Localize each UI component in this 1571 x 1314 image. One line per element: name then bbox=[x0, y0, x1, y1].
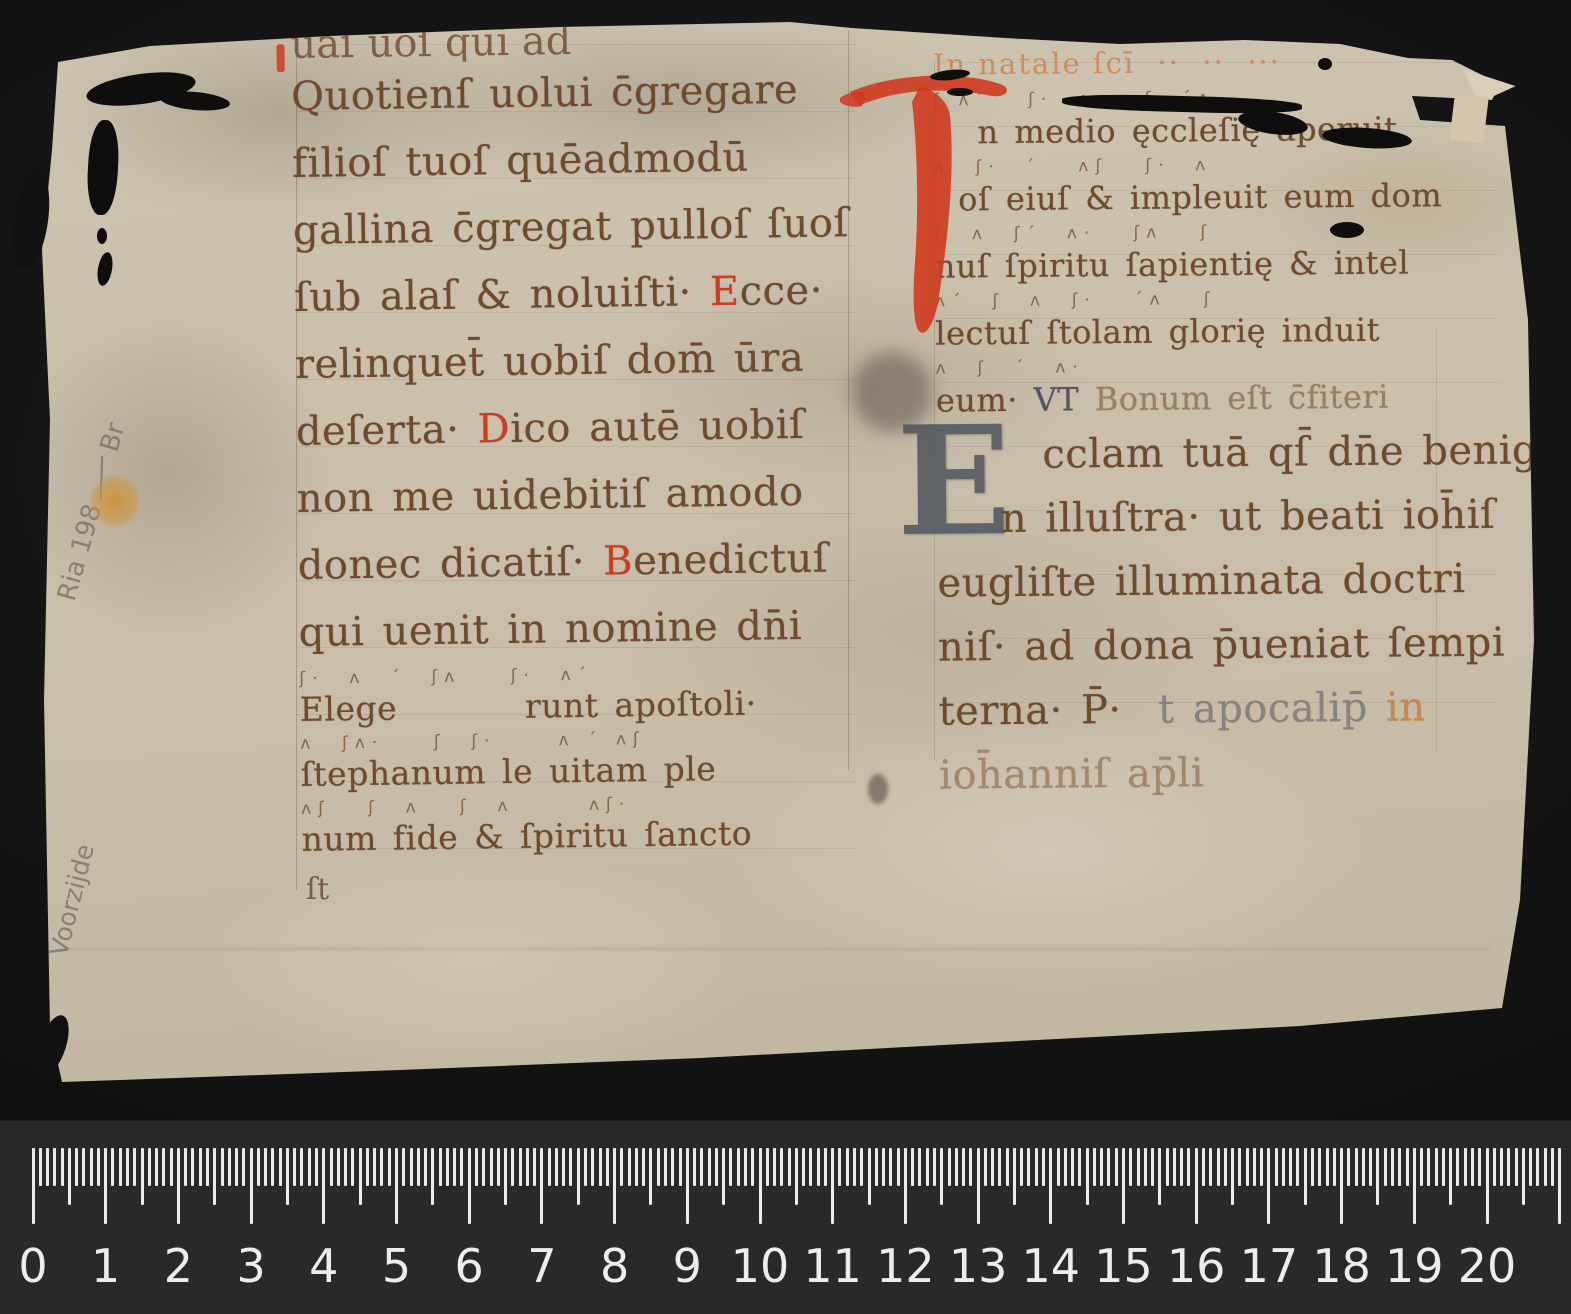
ruler-tick bbox=[1326, 1148, 1329, 1186]
text-segment: Quotienſ uolui c̄gregare bbox=[291, 67, 799, 120]
ruler-tick bbox=[82, 1148, 85, 1186]
manuscript-line: donec dicatiſ· Benedictuſ bbox=[297, 525, 864, 600]
torn-tab bbox=[1449, 94, 1488, 144]
ruler-tick bbox=[1558, 1148, 1561, 1224]
ruler-tick bbox=[838, 1148, 841, 1186]
ruler-tick bbox=[1107, 1148, 1110, 1186]
ruler-tick bbox=[700, 1148, 703, 1186]
ruler-tick bbox=[1529, 1148, 1532, 1186]
ruler-tick bbox=[519, 1148, 522, 1186]
ruler-tick bbox=[1536, 1148, 1539, 1186]
text-segment: qui uenit in nomine dn̄i bbox=[298, 603, 802, 656]
ruler-tick bbox=[751, 1148, 754, 1186]
text-segment: B bbox=[603, 538, 634, 584]
ruler-tick bbox=[1391, 1148, 1394, 1186]
ruler-tick bbox=[1253, 1148, 1256, 1186]
right-column-prayer-lines: cclam tuā qſ̄ dn̄e benign illuſtra· ut b… bbox=[936, 418, 1539, 807]
ruler-tick bbox=[177, 1148, 180, 1224]
ruler-tick bbox=[1420, 1148, 1423, 1186]
ruler-tick bbox=[562, 1148, 565, 1186]
ruler-tick bbox=[868, 1148, 871, 1205]
ruler-number: 17 bbox=[1234, 1239, 1304, 1293]
ruler-tick bbox=[482, 1148, 485, 1186]
parchment-fragment: uaſ uoſ qui ad Quotienſ uolui c̄gregaref… bbox=[0, 0, 1545, 1120]
ruler-tick bbox=[417, 1148, 420, 1186]
text-segment: deſerta· bbox=[296, 406, 478, 455]
line-text: Elege runt apoſtoli· bbox=[299, 680, 866, 732]
ruler-tick bbox=[308, 1148, 311, 1186]
text-segment: donec dicatiſ· bbox=[297, 539, 603, 589]
ruler-tick bbox=[1013, 1148, 1016, 1205]
ruler-tick bbox=[1347, 1148, 1350, 1186]
ruler-tick bbox=[1427, 1148, 1430, 1186]
ruler-tick bbox=[1398, 1148, 1401, 1186]
ruler-tick bbox=[1093, 1148, 1096, 1186]
ruler-tick bbox=[184, 1148, 187, 1186]
left-column-lines: Quotienſ uolui c̄gregarefilioſ tuoſ quēa… bbox=[291, 56, 868, 862]
line-text: deſerta· Dico autē uobiſ bbox=[295, 391, 862, 466]
ruler-tick bbox=[271, 1148, 274, 1186]
ruler-tick bbox=[1166, 1148, 1169, 1186]
ruler-tick bbox=[998, 1148, 1001, 1186]
text-segment: niſ· ad dona p̄ueniat ſempi bbox=[938, 620, 1505, 671]
initial-E: E bbox=[896, 406, 1012, 557]
ruler-tick bbox=[228, 1148, 231, 1186]
ruler-tick bbox=[1544, 1148, 1547, 1186]
ruler-tick bbox=[1078, 1148, 1081, 1186]
gray-smudge bbox=[852, 352, 932, 432]
text-segment: Elege runt apoſtoli· bbox=[299, 684, 756, 729]
ruler-tick bbox=[504, 1148, 507, 1205]
ruler-tick bbox=[1035, 1148, 1038, 1186]
line-text: non me uidebitiſ amodo bbox=[296, 458, 863, 533]
ruler-tick bbox=[1449, 1148, 1452, 1205]
ruler-tick bbox=[1042, 1148, 1045, 1186]
ruler-tick bbox=[53, 1148, 56, 1186]
ruler-tick bbox=[286, 1148, 289, 1205]
ruler-tick bbox=[1384, 1148, 1387, 1186]
ruler-tick bbox=[853, 1148, 856, 1186]
ruler-tick bbox=[744, 1148, 747, 1186]
ink-stain bbox=[1318, 58, 1332, 70]
ruler-tick bbox=[1435, 1148, 1438, 1186]
ruler-tick bbox=[1275, 1148, 1278, 1186]
ruler-number: 13 bbox=[943, 1239, 1013, 1293]
line-text: num fide & ſpiritu ſancto bbox=[301, 810, 868, 862]
ruler-tick bbox=[373, 1148, 376, 1186]
ruler-tick bbox=[90, 1148, 93, 1186]
ruler-number: 19 bbox=[1379, 1239, 1449, 1293]
text-segment: filioſ tuoſ quēadmodū bbox=[292, 135, 749, 187]
ruler-tick bbox=[1522, 1148, 1525, 1205]
ruler-tick bbox=[395, 1148, 398, 1224]
ruler-tick bbox=[1217, 1148, 1220, 1186]
ruler-tick bbox=[679, 1148, 682, 1186]
initial-I-red bbox=[840, 58, 1060, 358]
ruler-tick bbox=[1507, 1148, 1510, 1186]
ruler-tick bbox=[315, 1148, 318, 1186]
ruler-tick bbox=[1006, 1148, 1009, 1186]
ruler-tick bbox=[795, 1148, 798, 1205]
ruler-tick bbox=[1362, 1148, 1365, 1186]
ruler-tick bbox=[1027, 1148, 1030, 1186]
ruler-tick bbox=[773, 1148, 776, 1186]
ruler-tick bbox=[875, 1148, 878, 1186]
ruler-tick bbox=[533, 1148, 536, 1186]
ruler-tick bbox=[32, 1148, 35, 1224]
ruler-tick bbox=[322, 1148, 325, 1224]
ruler-tick bbox=[1020, 1148, 1023, 1186]
ruler-tick bbox=[780, 1148, 783, 1186]
ruler-tick bbox=[1144, 1148, 1147, 1186]
ruler-tick bbox=[977, 1148, 980, 1224]
text-segment: in bbox=[1386, 684, 1426, 730]
pen-trial-mark: ſt bbox=[306, 872, 329, 907]
ruler-number: 6 bbox=[434, 1239, 504, 1293]
ruler-number: 2 bbox=[143, 1239, 213, 1293]
ruler-tick bbox=[1515, 1148, 1518, 1186]
text-segment: relinquet̄ uobiſ dom̄ ūra bbox=[295, 335, 805, 388]
ruler-tick bbox=[715, 1148, 718, 1186]
ruler-tick bbox=[133, 1148, 136, 1186]
ink-stain bbox=[1330, 222, 1364, 238]
ruler-tick bbox=[1355, 1148, 1358, 1186]
manuscript-line: ioh̄anniſ ap̄li bbox=[939, 738, 1540, 807]
fold-line bbox=[60, 948, 1490, 950]
text-segment: ioh̄anniſ ap̄li bbox=[939, 750, 1204, 798]
ruler-tick bbox=[1115, 1148, 1118, 1186]
ruler-tick bbox=[155, 1148, 158, 1186]
text-segment: ſub alaſ & noluiſti· bbox=[294, 269, 711, 321]
ruler-tick bbox=[555, 1148, 558, 1186]
ruler-tick bbox=[1296, 1148, 1299, 1186]
ruler-tick bbox=[1376, 1148, 1379, 1205]
ruler-tick bbox=[1551, 1148, 1554, 1186]
line-text: donec dicatiſ· Benedictuſ bbox=[297, 525, 864, 600]
ruler-tick bbox=[126, 1148, 129, 1186]
ruler-tick bbox=[366, 1148, 369, 1186]
ruler-tick bbox=[548, 1148, 551, 1186]
ruler-tick bbox=[1195, 1148, 1198, 1224]
ruler-tick bbox=[1209, 1148, 1212, 1186]
ruler-tick bbox=[766, 1148, 769, 1186]
text-segment: terna· P̄· bbox=[938, 687, 1158, 735]
ruler-tick bbox=[1369, 1148, 1372, 1186]
ruler-tick bbox=[1304, 1148, 1307, 1205]
ruler-tick bbox=[235, 1148, 238, 1186]
ruler: 01234567891011121314151617181920 bbox=[0, 1120, 1571, 1314]
ruler-tick bbox=[948, 1148, 951, 1186]
ruler-tick bbox=[75, 1148, 78, 1186]
ruler-tick bbox=[1064, 1148, 1067, 1186]
text-segment: cce· bbox=[739, 268, 823, 315]
ruler-number: 10 bbox=[725, 1239, 795, 1293]
gray-smudge bbox=[868, 774, 888, 804]
ruler-tick bbox=[1442, 1148, 1445, 1186]
ruler-tick bbox=[628, 1148, 631, 1186]
ruler-tick bbox=[1238, 1148, 1241, 1186]
manuscript-line: cclam tuā qſ̄ dn̄e benig bbox=[936, 418, 1537, 487]
ruler-tick bbox=[1500, 1148, 1503, 1186]
ruler-tick bbox=[439, 1148, 442, 1186]
ruler-tick bbox=[1224, 1148, 1227, 1186]
orange-stain bbox=[90, 474, 140, 528]
ruler-tick bbox=[104, 1148, 107, 1224]
text-segment: VT bbox=[1033, 380, 1094, 419]
text-segment: non me uidebitiſ amodo bbox=[297, 469, 804, 522]
manuscript-line: qui uenit in nomine dn̄i bbox=[298, 592, 865, 667]
ruler-tick bbox=[148, 1148, 151, 1186]
ruler-tick bbox=[344, 1148, 347, 1186]
ruler-tick bbox=[1413, 1148, 1416, 1224]
line-text: ioh̄anniſ ap̄li bbox=[939, 738, 1540, 807]
ruler-tick bbox=[1493, 1148, 1496, 1186]
ruler-tick bbox=[380, 1148, 383, 1186]
text-segment: ico autē uobiſ bbox=[510, 402, 805, 452]
text-segment: Bonum eſt c̄fiteri bbox=[1095, 378, 1389, 419]
manuscript-photo: uaſ uoſ qui ad Quotienſ uolui c̄gregaref… bbox=[0, 0, 1571, 1314]
ruler-tick bbox=[882, 1148, 885, 1186]
ruler-tick bbox=[1151, 1148, 1154, 1186]
ruler-tick bbox=[351, 1148, 354, 1186]
ruler-tick bbox=[606, 1148, 609, 1186]
ruler-tick bbox=[337, 1148, 340, 1186]
ruler-tick bbox=[453, 1148, 456, 1186]
ruler-tick bbox=[1129, 1148, 1132, 1186]
ruler-tick bbox=[46, 1148, 49, 1186]
ruler-tick bbox=[359, 1148, 362, 1205]
ruler-tick bbox=[119, 1148, 122, 1186]
ruler-tick bbox=[860, 1148, 863, 1186]
ruler-tick bbox=[817, 1148, 820, 1186]
ruler-tick bbox=[1456, 1148, 1459, 1186]
ruler-tick bbox=[577, 1148, 580, 1205]
ruler-tick bbox=[722, 1148, 725, 1205]
ruler-tick bbox=[824, 1148, 827, 1186]
manuscript-line: Quotienſ uolui c̄gregare bbox=[291, 56, 858, 131]
ruler-tick bbox=[191, 1148, 194, 1186]
ruler-number: 8 bbox=[580, 1239, 650, 1293]
ruler-tick bbox=[802, 1148, 805, 1186]
ruler-number: 4 bbox=[289, 1239, 359, 1293]
text-segment: ſtephanum le uitam ple bbox=[300, 749, 716, 794]
ruler-tick bbox=[388, 1148, 391, 1186]
ruler-tick bbox=[490, 1148, 493, 1186]
ruler-tick bbox=[468, 1148, 471, 1224]
ruler-tick bbox=[759, 1148, 762, 1224]
pencil-side-note: Voorzijde bbox=[44, 841, 100, 959]
ruler-tick bbox=[1464, 1148, 1467, 1186]
text-segment: enedictuſ bbox=[633, 536, 829, 585]
manuscript-line: niſ· ad dona p̄ueniat ſempi bbox=[938, 610, 1539, 679]
ruler-tick bbox=[1187, 1148, 1190, 1186]
ruler-tick bbox=[620, 1148, 623, 1186]
ruler-number: 11 bbox=[798, 1239, 868, 1293]
ruler-tick bbox=[526, 1148, 529, 1186]
ruler-number: 7 bbox=[507, 1239, 577, 1293]
ruler-tick bbox=[591, 1148, 594, 1186]
ruler-tick bbox=[889, 1148, 892, 1186]
ruler-tick bbox=[330, 1148, 333, 1186]
ruler-tick bbox=[788, 1148, 791, 1186]
line-text: Quotienſ uolui c̄gregare bbox=[291, 56, 858, 131]
ruler-tick bbox=[926, 1148, 929, 1186]
ruler-number: 16 bbox=[1161, 1239, 1231, 1293]
manuscript-line: ʌʃ ʃ ʌ ʃ ʌ ʌʃ·num fide & ſpiritu ſancto bbox=[301, 792, 868, 862]
ruler-tick bbox=[221, 1148, 224, 1186]
line-text: filioſ tuoſ quēadmodū bbox=[292, 123, 859, 198]
ruler-tick bbox=[664, 1148, 667, 1186]
ruler-tick bbox=[431, 1148, 434, 1205]
ruler-tick bbox=[904, 1148, 907, 1224]
ruler-tick bbox=[969, 1148, 972, 1186]
ruler-tick bbox=[1486, 1148, 1489, 1224]
ruler-tick bbox=[933, 1148, 936, 1186]
text-segment: D bbox=[477, 406, 510, 452]
ruler-tick bbox=[250, 1148, 253, 1224]
ruler-tick bbox=[918, 1148, 921, 1186]
ruler-tick bbox=[300, 1148, 303, 1186]
ruler-tick bbox=[460, 1148, 463, 1186]
ruler-tick bbox=[1478, 1148, 1481, 1186]
line-text: ſub alaſ & noluiſti· Ecce· bbox=[294, 257, 861, 332]
ruler-tick bbox=[410, 1148, 413, 1186]
ruler-tick bbox=[446, 1148, 449, 1186]
ruler-tick bbox=[1173, 1148, 1176, 1186]
text-segment: t apocalip̄ bbox=[1158, 685, 1386, 733]
ruler-tick bbox=[170, 1148, 173, 1186]
ruler-tick bbox=[1340, 1148, 1343, 1224]
line-text: relinquet̄ uobiſ dom̄ ūra bbox=[294, 324, 861, 399]
ruler-tick bbox=[199, 1148, 202, 1186]
ruler-tick bbox=[649, 1148, 652, 1205]
ruler-tick bbox=[686, 1148, 689, 1224]
ruler-tick bbox=[97, 1148, 100, 1186]
ruler-tick bbox=[1260, 1148, 1263, 1186]
ruler-tick bbox=[737, 1148, 740, 1186]
ruler-tick bbox=[991, 1148, 994, 1186]
manuscript-line: deſerta· Dico autē uobiſ bbox=[295, 391, 862, 466]
ruler-tick bbox=[279, 1148, 282, 1186]
ruler-tick bbox=[671, 1148, 674, 1186]
ruler-tick bbox=[708, 1148, 711, 1186]
ruler-tick bbox=[402, 1148, 405, 1186]
ruler-number: 18 bbox=[1307, 1239, 1377, 1293]
line-text: eugliſte illuminata doctri bbox=[937, 546, 1538, 615]
line-text: gallina c̄gregat pulloſ ſuoſ bbox=[293, 190, 860, 265]
ruler-tick bbox=[693, 1148, 696, 1186]
manuscript-line: ʌ ʃʌ· ʃ ʃ· ʌ ˊ ʌʃſtephanum le uitam ple bbox=[300, 727, 867, 797]
ruler-tick bbox=[68, 1148, 71, 1205]
line-text: ſtephanum le uitam ple bbox=[300, 745, 867, 797]
ruler-tick bbox=[831, 1148, 834, 1224]
line-text: cclam tuā qſ̄ dn̄e benig bbox=[936, 418, 1537, 487]
rubric-tick bbox=[276, 44, 284, 72]
ruler-tick bbox=[213, 1148, 216, 1205]
manuscript-line: terna· P̄· t apocalip̄ in bbox=[938, 674, 1539, 743]
ruler-tick bbox=[1333, 1148, 1336, 1186]
ruler-tick bbox=[897, 1148, 900, 1186]
ink-stain bbox=[947, 88, 973, 96]
ruler-tick bbox=[206, 1148, 209, 1186]
ruler-number: 5 bbox=[362, 1239, 432, 1293]
ruler-tick bbox=[61, 1148, 64, 1186]
ruler-number: 15 bbox=[1089, 1239, 1159, 1293]
left-text-column: uaſ uoſ qui ad Quotienſ uolui c̄gregaref… bbox=[290, 14, 868, 862]
ruler-tick bbox=[540, 1148, 543, 1224]
line-text: terna· P̄· t apocalip̄ in bbox=[938, 674, 1539, 743]
ruler-number: 0 bbox=[0, 1239, 68, 1293]
ruler-tick bbox=[613, 1148, 616, 1224]
manuscript-line: eugliſte illuminata doctri bbox=[937, 546, 1538, 615]
ruler-tick bbox=[1057, 1148, 1060, 1186]
ruler-tick bbox=[1137, 1148, 1140, 1186]
ruler-tick bbox=[1406, 1148, 1409, 1186]
ruler-tick bbox=[984, 1148, 987, 1186]
ruler-number: 3 bbox=[216, 1239, 286, 1293]
line-text: niſ· ad dona p̄ueniat ſempi bbox=[938, 610, 1539, 679]
ruler-tick bbox=[962, 1148, 965, 1186]
ruler-tick bbox=[1246, 1148, 1249, 1186]
ruler-number: 12 bbox=[870, 1239, 940, 1293]
ruler-tick bbox=[293, 1148, 296, 1186]
ruler-tick bbox=[475, 1148, 478, 1186]
ruler-tick bbox=[569, 1148, 572, 1186]
manuscript-line: n illuſtra· ut beati ioh̄iſ bbox=[937, 482, 1538, 551]
ruler-tick bbox=[39, 1148, 42, 1186]
ruler-number: 1 bbox=[71, 1239, 141, 1293]
text-segment: cclam tuā qſ̄ dn̄e benig bbox=[1042, 427, 1538, 477]
text-segment: num fide & ſpiritu ſancto bbox=[301, 814, 752, 859]
text-segment: n illuſtra· ut beati ioh̄iſ bbox=[1001, 492, 1496, 542]
ruler-tick bbox=[424, 1148, 427, 1186]
ruler-number: 20 bbox=[1452, 1239, 1522, 1293]
ruler-tick bbox=[497, 1148, 500, 1186]
ruler-tick bbox=[1318, 1148, 1321, 1186]
ruler-tick bbox=[729, 1148, 732, 1186]
text-segment: E bbox=[710, 269, 740, 315]
ruler-tick bbox=[1202, 1148, 1205, 1186]
ruler-tick bbox=[599, 1148, 602, 1186]
ruler-tick bbox=[955, 1148, 958, 1186]
ruler-tick bbox=[1158, 1148, 1161, 1205]
manuscript-line: ʃ· ʌ ˊ ʃʌ ʃ· ʌˊElege runt apoſtoli· bbox=[299, 662, 866, 732]
ruler-tick bbox=[635, 1148, 638, 1186]
ruler-tick bbox=[111, 1148, 114, 1186]
ruler-number: 9 bbox=[652, 1239, 722, 1293]
ruler-tick bbox=[940, 1148, 943, 1205]
line-text: n illuſtra· ut beati ioh̄iſ bbox=[937, 482, 1538, 551]
ruler-tick bbox=[1231, 1148, 1234, 1205]
text-segment: eugliſte illuminata doctri bbox=[937, 556, 1465, 607]
ruler-tick bbox=[1282, 1148, 1285, 1186]
ruler-tick bbox=[242, 1148, 245, 1186]
manuscript-line: filioſ tuoſ quēadmodū bbox=[292, 123, 859, 198]
ruler-tick bbox=[257, 1148, 260, 1186]
manuscript-line: ſub alaſ & noluiſti· Ecce· bbox=[294, 257, 861, 332]
ruler-tick bbox=[846, 1148, 849, 1186]
ruler-number: 14 bbox=[1016, 1239, 1086, 1293]
ruler-tick bbox=[911, 1148, 914, 1186]
ruler-tick bbox=[1289, 1148, 1292, 1186]
line-text: eum· VT Bonum eſt c̄fiteri bbox=[936, 372, 1536, 423]
ruler-tick bbox=[657, 1148, 660, 1186]
ruler-tick bbox=[1471, 1148, 1474, 1186]
ruler-tick bbox=[162, 1148, 165, 1186]
manuscript-line: non me uidebitiſ amodo bbox=[296, 458, 863, 533]
manuscript-line: relinquet̄ uobiſ dom̄ ūra bbox=[294, 324, 861, 399]
ruler-tick bbox=[264, 1148, 267, 1186]
